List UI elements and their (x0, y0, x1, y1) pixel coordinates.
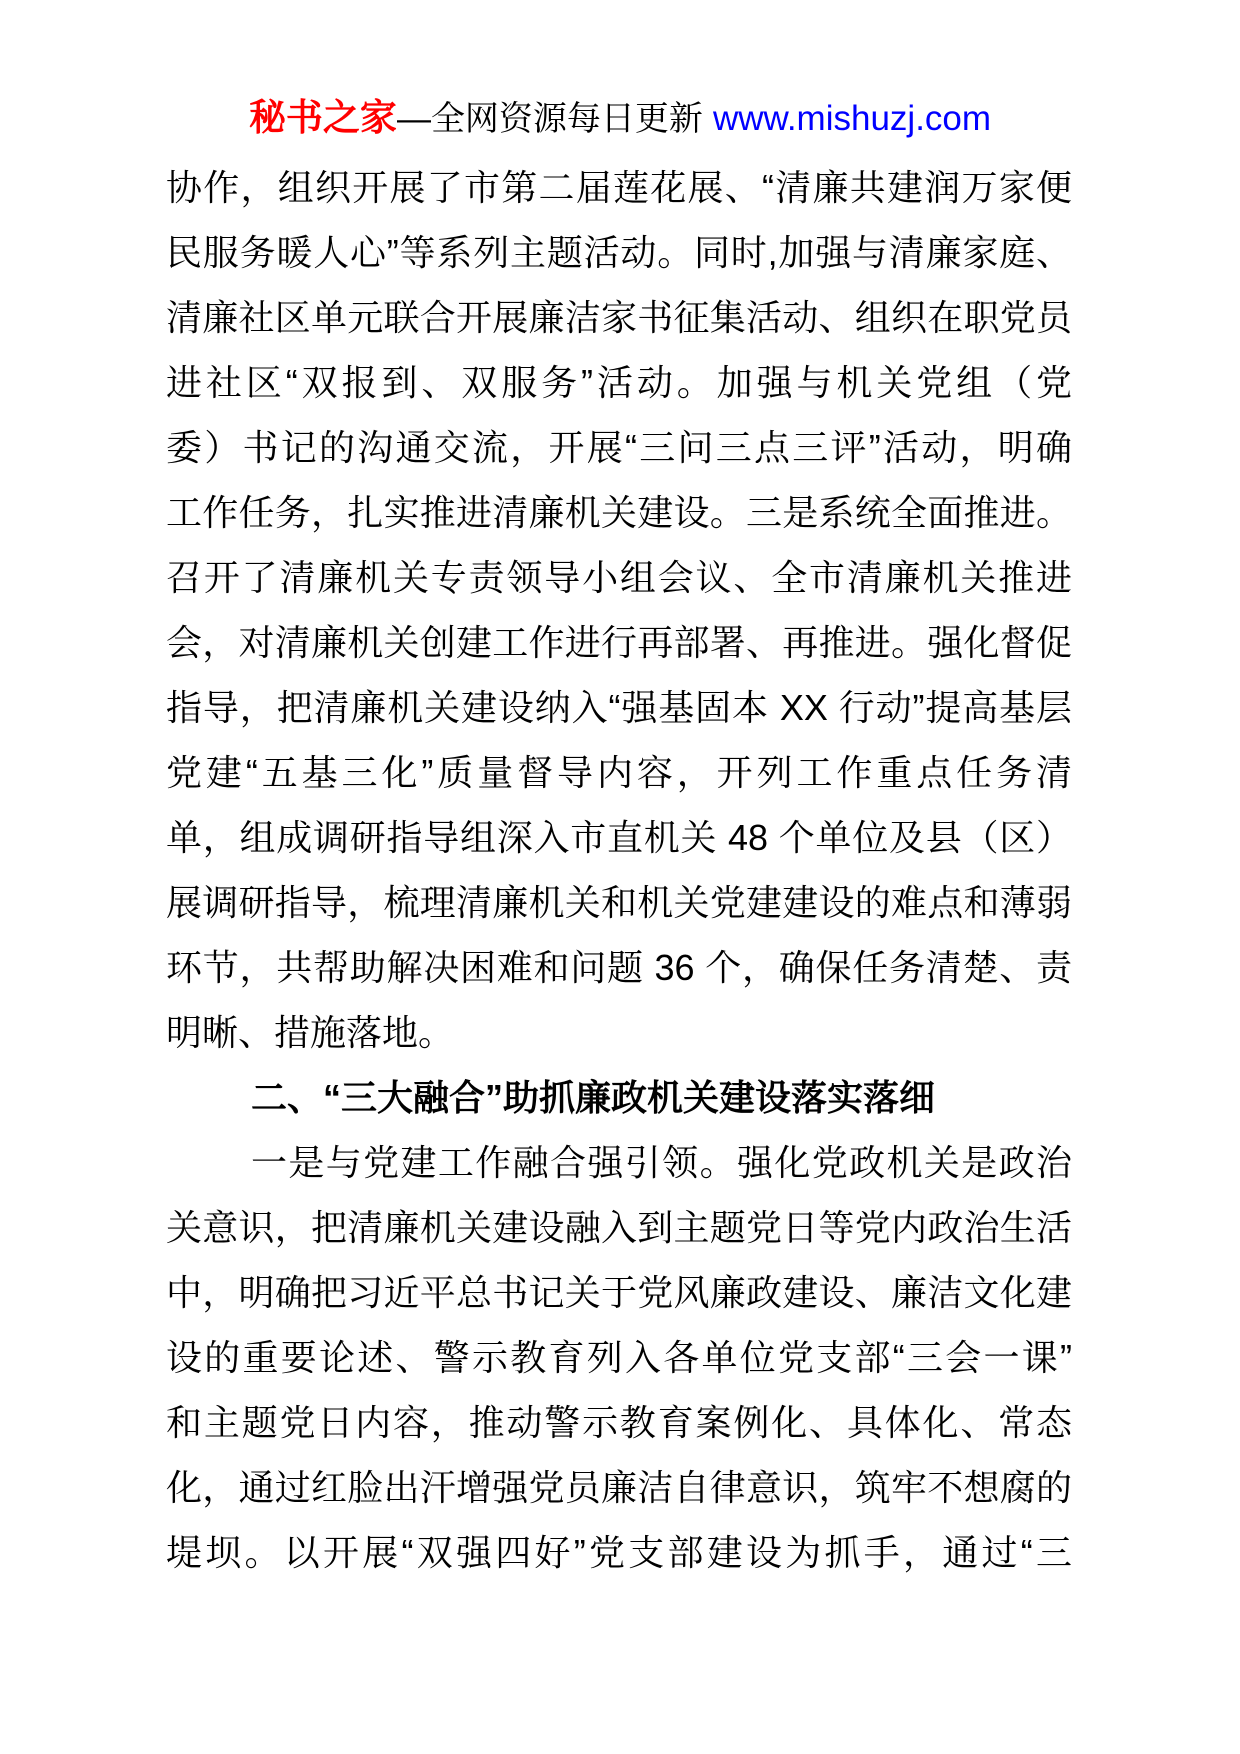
text-line: 委）书记的沟通交流，开展“三问三点三评”活动，明确 (166, 415, 1072, 480)
text-line: 单，组成调研指导组深入市直机关 48 个单位及县（区）开 (166, 805, 1072, 870)
text-line: 设的重要论述、警示教育列入各单位党支部“三会一课” (166, 1325, 1072, 1390)
site-brand: 秘书之家 (249, 97, 397, 138)
text-line: 工作任务，扎实推进清廉机关建设。三是系统全面推进。 (166, 480, 1072, 545)
text-line: 民服务暖人心”等系列主题活动。同时,加强与清廉家庭、 (166, 220, 1072, 285)
document-body: 协作，组织开展了市第二届莲花展、“清廉共建润万家便 民服务暖人心”等系列主题活动… (166, 155, 1072, 1585)
text-line: 中，明确把习近平总书记关于党风廉政建设、廉洁文化建 (166, 1260, 1072, 1325)
text-line: 环节，共帮助解决困难和问题 36 个，确保任务清楚、责任 (166, 935, 1072, 1000)
text-line: 和主题党日内容，推动警示教育案例化、具体化、常态 (166, 1390, 1072, 1455)
text-line: 堤坝。以开展“双强四好”党支部建设为抓手，通过“三 (166, 1520, 1072, 1585)
paragraph-2: 一是与党建工作融合强引领。强化党政机关是政治机 关意识，把清廉机关建设融入到主题… (166, 1130, 1072, 1585)
text-line: 化，通过红脸出汗增强党员廉洁自律意识，筑牢不想腐的 (166, 1455, 1072, 1520)
section-heading: 二、“三大融合”助抓廉政机关建设落实落细 (166, 1065, 1072, 1130)
text-line: 进社区“双报到、双服务”活动。加强与机关党组（党 (166, 350, 1072, 415)
site-header: 秘书之家—全网资源每日更新www.mishuzj.com (0, 96, 1240, 148)
site-tagline: —全网资源每日更新 (397, 100, 703, 138)
text-line: 一是与党建工作融合强引领。强化党政机关是政治机 (166, 1130, 1072, 1195)
text-line: 指导，把清廉机关建设纳入“强基固本 XX 行动”提高基层 (166, 675, 1072, 740)
text-line: 明晰、措施落地。 (166, 1000, 1072, 1065)
text-line: 关意识，把清廉机关建设融入到主题党日等党内政治生活 (166, 1195, 1072, 1260)
text-line: 展调研指导，梳理清廉机关和机关党建建设的难点和薄弱 (166, 870, 1072, 935)
document-page: 秘书之家—全网资源每日更新www.mishuzj.com 协作，组织开展了市第二… (0, 0, 1240, 1754)
text-line: 党建“五基三化”质量督导内容，开列工作重点任务清 (166, 740, 1072, 805)
text-line: 协作，组织开展了市第二届莲花展、“清廉共建润万家便 (166, 155, 1072, 220)
site-url-link[interactable]: www.mishuzj.com (713, 99, 991, 138)
paragraph-1: 协作，组织开展了市第二届莲花展、“清廉共建润万家便 民服务暖人心”等系列主题活动… (166, 155, 1072, 1065)
text-line: 会，对清廉机关创建工作进行再部署、再推进。强化督促 (166, 610, 1072, 675)
text-line: 召开了清廉机关专责领导小组会议、全市清廉机关推进 (166, 545, 1072, 610)
text-line: 清廉社区单元联合开展廉洁家书征集活动、组织在职党员 (166, 285, 1072, 350)
